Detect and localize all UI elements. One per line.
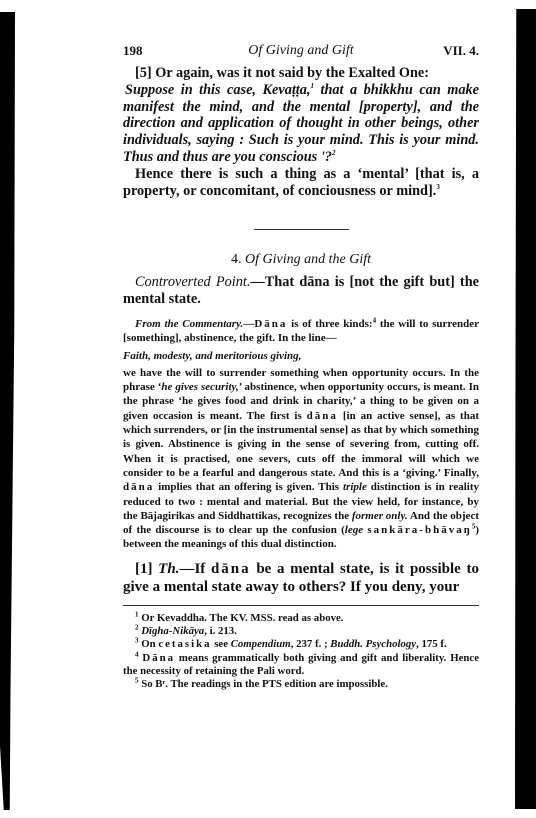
argument-text: —If — [179, 561, 211, 577]
book-page: 198 Of Giving and Gift VII. 4. [5] Or ag… — [123, 40, 479, 692]
footnote-number: 4 — [135, 650, 139, 658]
phrase-security: he gives security, — [161, 381, 238, 393]
footnote-2: 2 Dīgha-Nikāya, i. 213. — [123, 625, 479, 638]
word-former-only: former only. — [352, 510, 408, 522]
commentary-text: implies that an offering is given. This — [154, 481, 343, 493]
footnote-1: 1 Or Kevaddha. The KV. MSS. read as abov… — [123, 612, 479, 625]
section-heading-title: Of Giving and the Gift — [245, 252, 371, 267]
conclusion-text: Hence there is such a thing as a ‘mental… — [123, 166, 479, 199]
footnote-4: 4 Dāna means grammatically both giving a… — [123, 652, 479, 679]
footnotes: 1 Or Kevaddha. The KV. MSS. read as abov… — [123, 612, 479, 692]
term-dana: Dāna — [254, 318, 287, 330]
conclusion-paragraph: Hence there is such a thing as a ‘mental… — [123, 166, 479, 200]
commentary-body: we have the will to surrender something … — [123, 366, 479, 552]
controverted-point: Controverted Point.—That dāna is [not th… — [123, 274, 479, 308]
commentary-intro-text: is of three kinds: — [287, 318, 372, 330]
term-cetasika: cetasika — [158, 638, 211, 650]
footnote-number: 3 — [135, 637, 139, 645]
footnote-text: see — [212, 638, 231, 650]
scan-edge-left — [0, 12, 15, 810]
running-head: 198 Of Giving and Gift VII. 4. — [123, 40, 479, 60]
scan-edge-right — [515, 9, 536, 809]
section-heading-number: 4. — [231, 252, 242, 267]
footnote-text: , i. 213. — [204, 625, 237, 637]
section-number: VII. 4. — [443, 43, 479, 59]
footnote-text: So Bʳ. The readings in the PTS edition a… — [141, 678, 388, 690]
word-lege: lege — [345, 524, 363, 536]
para-5-lead: [5] Or again, was it not said by the Exa… — [123, 65, 479, 82]
footnote-title: Compendium — [231, 638, 291, 650]
footnote-title: Buddh. Psychology — [330, 638, 416, 650]
footnote-number: 1 — [135, 610, 139, 618]
footnote-number: 5 — [135, 677, 139, 685]
argument-paragraph-1: [1] Th.—If dāna be a mental state, is it… — [123, 560, 479, 596]
speaker-theravadin: Th. — [158, 561, 179, 577]
term-dana: Dāna — [142, 652, 175, 664]
commentary-dash: — — [243, 318, 254, 330]
quote-part-1: Suppose in this case, Kevaṭṭa, — [125, 82, 311, 98]
term-sankara-bhava: sankāra-bhāvaŋ — [367, 524, 471, 536]
footnote-text: , 175 f. — [416, 638, 447, 650]
word-triple: triple — [343, 481, 367, 493]
footnote-5: 5 So Bʳ. The readings in the PTS edition… — [123, 678, 479, 691]
controverted-label: Controverted Point. — [135, 274, 250, 290]
footnote-text: On — [141, 638, 158, 650]
para-number: [1] — [135, 561, 158, 577]
para-5-quote: Suppose in this case, Kevaṭṭa,1 that a b… — [123, 82, 479, 166]
footnote-3: 3 On cetasika see Compendium, 237 f. ; B… — [123, 638, 479, 651]
footnote-text: , 237 f. ; — [291, 638, 331, 650]
footnote-text: means grammatically both giving and gift… — [123, 652, 479, 677]
section-heading: 4. Of Giving and the Gift — [123, 252, 479, 268]
term-dana: dāna — [307, 410, 338, 422]
term-dana: dāna — [123, 481, 154, 493]
footnote-title: Dīgha-Nikāya — [141, 625, 204, 637]
running-title: Of Giving and Gift — [123, 43, 479, 59]
footnote-text: Or Kevaddha. The KV. MSS. read as above. — [141, 612, 343, 624]
footnote-ref-3[interactable]: 3 — [436, 183, 440, 191]
term-dana: dāna — [211, 561, 251, 577]
commentary-label: From the Commentary. — [135, 318, 243, 330]
commentary-verse: Faith, modesty, and meritorious giving, — [123, 349, 479, 363]
commentary-intro: From the Commentary.—Dāna is of three ki… — [123, 317, 479, 346]
footnote-ref-2[interactable]: 2 — [332, 149, 336, 157]
footnote-number: 2 — [135, 623, 139, 631]
